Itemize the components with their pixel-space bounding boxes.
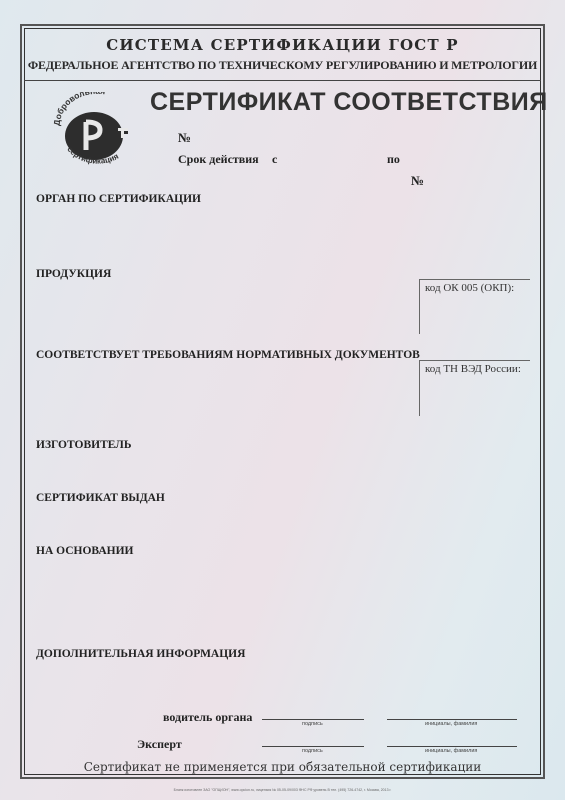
expert-label: Эксперт bbox=[137, 737, 182, 752]
head-name-line bbox=[387, 719, 517, 720]
expert-signature-line bbox=[262, 746, 364, 747]
registration-number-label: № bbox=[411, 173, 424, 189]
printer-fine-print: Бланк изготовлен ЗАО "ОПЦИОН", www.opcio… bbox=[0, 788, 565, 792]
expert-name-line bbox=[387, 746, 517, 747]
head-signature-line bbox=[262, 719, 364, 720]
basis-label: НА ОСНОВАНИИ bbox=[36, 545, 134, 557]
complies-label: СООТВЕТСТВУЕТ ТРЕБОВАНИЯМ НОРМАТИВНЫХ ДО… bbox=[36, 349, 420, 361]
head-name-caption: инициалы, фамилия bbox=[425, 721, 477, 727]
agency-heading: ФЕДЕРАЛЬНОЕ АГЕНТСТВО ПО ТЕХНИЧЕСКОМУ РЕ… bbox=[0, 58, 565, 73]
additional-info-label: ДОПОЛНИТЕЛЬНАЯ ИНФОРМАЦИЯ bbox=[36, 648, 245, 660]
head-of-body-label: водитель органа bbox=[163, 710, 252, 725]
validity-from-label: с bbox=[272, 152, 277, 167]
validity-label: Срок действия bbox=[178, 152, 259, 167]
voluntary-notice: Сертификат не применяется при обязательн… bbox=[0, 760, 565, 774]
tnved-code-label: код ТН ВЭД России: bbox=[425, 363, 521, 375]
okp-code-label: код ОК 005 (ОКП): bbox=[425, 282, 514, 294]
rst-mark-icon: Добровольная сертификация bbox=[52, 92, 142, 172]
expert-name-caption: инициалы, фамилия bbox=[425, 748, 477, 754]
gost-r-logo: Добровольная сертификация bbox=[52, 92, 142, 172]
certificate-number-label: № bbox=[178, 130, 191, 146]
validity-to-label: по bbox=[387, 152, 400, 167]
header-divider bbox=[24, 80, 541, 81]
certificate-title: СЕРТИФИКАТ СООТВЕТСТВИЯ bbox=[150, 88, 548, 117]
certification-body-label: ОРГАН ПО СЕРТИФИКАЦИИ bbox=[36, 193, 201, 205]
product-label: ПРОДУКЦИЯ bbox=[36, 268, 111, 280]
head-signature-caption: подпись bbox=[302, 721, 323, 727]
system-heading: СИСТЕМА СЕРТИФИКАЦИИ ГОСТ Р bbox=[0, 36, 565, 54]
issued-to-label: СЕРТИФИКАТ ВЫДАН bbox=[36, 492, 165, 504]
manufacturer-label: ИЗГОТОВИТЕЛЬ bbox=[36, 439, 131, 451]
expert-signature-caption: подпись bbox=[302, 748, 323, 754]
